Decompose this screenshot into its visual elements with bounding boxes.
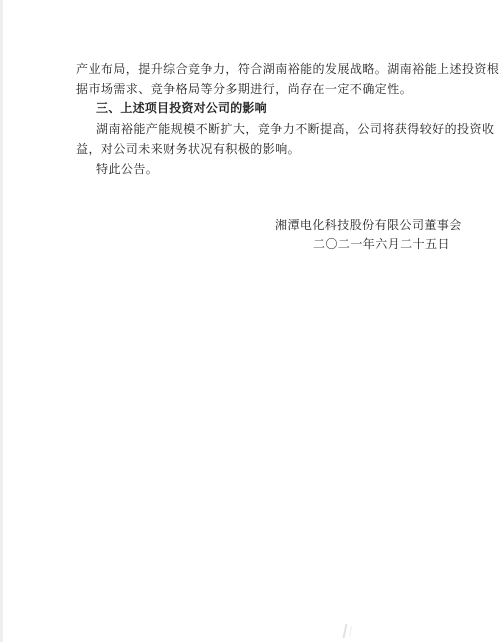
body-paragraph-2-line-1: 湖南裕能产能规模不断扩大，竞争力不断提高，公司将获得较好的投资收 — [96, 122, 494, 136]
body-paragraph-1-line-1: 产业布局，提升综合竞争力，符合湖南裕能的发展战略。湖南裕能上述投资根 — [76, 62, 499, 76]
scan-artifact — [343, 624, 348, 638]
section-heading: 三、上述项目投资对公司的影响 — [96, 101, 267, 115]
signature-issuer: 湘潭电化科技股份有限公司董事会 — [275, 218, 462, 232]
scan-artifact — [349, 626, 352, 636]
page-left-edge — [0, 0, 3, 642]
body-paragraph-2-line-2: 益，对公司未来财务状况有积极的影响。 — [76, 142, 300, 156]
signature-date: 二〇二一年六月二十五日 — [313, 237, 450, 251]
closing-statement: 特此公告。 — [96, 162, 158, 176]
body-paragraph-1-line-2: 据市场需求、竞争格局等分多期进行，尚存在一定不确定性。 — [76, 82, 412, 96]
document-page: 产业布局，提升综合竞争力，符合湖南裕能的发展战略。湖南裕能上述投资根 据市场需求… — [0, 0, 500, 642]
